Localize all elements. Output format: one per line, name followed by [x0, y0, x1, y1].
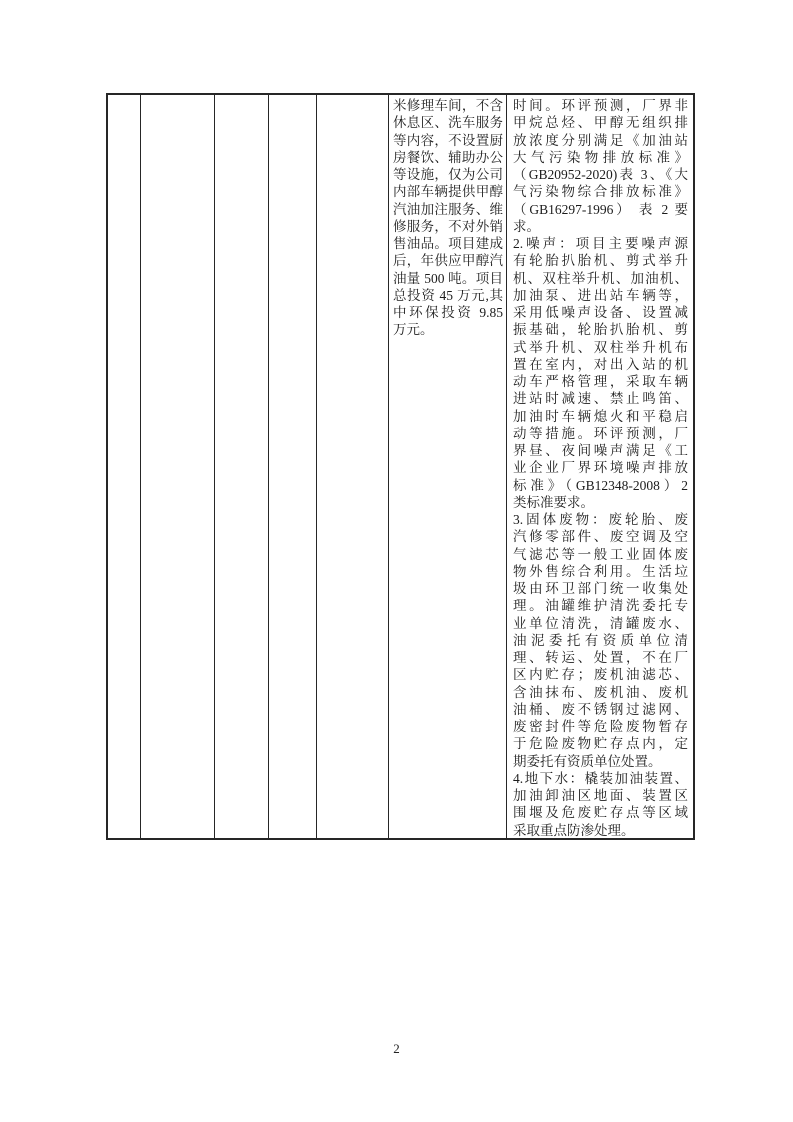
text-line: 米修理车间，不含 [393, 97, 503, 114]
text-line: 业企业厂界环境噪声排放 [513, 459, 688, 476]
text-line: 有轮胎扒胎机、剪式举升 [513, 252, 688, 269]
text-line: 气污染物综合排放标准》 [513, 183, 688, 200]
text-line: 修服务，不对外销 [393, 218, 503, 235]
text-line: 物外售综合利用。生活垃 [513, 563, 688, 580]
page-number: 2 [0, 1041, 793, 1057]
text-line: 加油时车辆熄火和平稳启 [513, 408, 688, 425]
empty-cell-3 [215, 95, 269, 838]
document-page: 米修理车间，不含休息区、洗车服务等内容，不设置厨房餐饮、辅助办公等设施，仅为公司… [0, 0, 793, 1122]
text-line: 内部车辆提供甲醇 [393, 183, 503, 200]
empty-cell-1 [108, 95, 141, 838]
text-line: 圾由环卫部门统一收集处 [513, 580, 688, 597]
text-line: 时间。环评预测，厂界非 [513, 97, 688, 114]
text-line: 房餐饮、辅助办公 [393, 149, 503, 166]
empty-cell-5 [317, 95, 389, 838]
text-line: 3.固体废物：废轮胎、废 [513, 511, 688, 528]
project-description-cell: 米修理车间，不含休息区、洗车服务等内容，不设置厨房餐饮、辅助办公等设施，仅为公司… [389, 95, 507, 838]
empty-cell-2 [141, 95, 215, 838]
text-line: 理。油罐维护清洗委托专 [513, 597, 688, 614]
text-line: 类标准要求。 [513, 494, 688, 511]
text-line: 含油抹布、废机油、废机 [513, 684, 688, 701]
text-line: 大气污染物排放标准》 [513, 149, 688, 166]
text-line: 置在室内，对出入站的机 [513, 356, 688, 373]
text-line: 振基础，轮胎扒胎机、剪 [513, 321, 688, 338]
text-line: 机、双柱举升机、加油机、 [513, 270, 688, 287]
text-line: 等设施，仅为公司 [393, 166, 503, 183]
text-line: 油泥委托有资质单位清 [513, 632, 688, 649]
text-line: （GB16297-1996） 表 2 要 [513, 201, 688, 218]
empty-cell-4 [269, 95, 317, 838]
text-line: 式举升机、双柱举升机布 [513, 339, 688, 356]
text-line: 中环保投资 9.85 [393, 304, 503, 321]
text-line: 4.地下水：橇装加油装置、 [513, 770, 688, 787]
text-line: 区内贮存；废机油滤芯、 [513, 666, 688, 683]
text-line: 采用低噪声设备、设置减 [513, 304, 688, 321]
environmental-measures-cell: 时间。环评预测，厂界非甲烷总烃、甲醇无组织排放浓度分别满足《加油站大气污染物排放… [507, 95, 693, 838]
text-line: 万元。 [393, 321, 503, 338]
text-line: 围堰及危废贮存点等区域 [513, 804, 688, 821]
text-line: （GB20952-2020)表 3、《大 [513, 166, 688, 183]
text-line: 售油品。项目建成 [393, 235, 503, 252]
text-line: 进站时减速、禁止鸣笛、 [513, 390, 688, 407]
text-line: 汽油加注服务、维 [393, 201, 503, 218]
text-line: 甲烷总烃、甲醇无组织排 [513, 114, 688, 131]
text-line: 油桶、废不锈钢过滤网、 [513, 701, 688, 718]
text-line: 总投资 45 万元,其 [393, 287, 503, 304]
text-line: 求。 [513, 218, 688, 235]
text-line: 废密封件等危险废物暂存 [513, 718, 688, 735]
text-line: 放浓度分别满足《加油站 [513, 132, 688, 149]
text-line: 等内容，不设置厨 [393, 132, 503, 149]
text-line: 加油卸油区地面、装置区 [513, 787, 688, 804]
text-line: 动等措施。环评预测，厂 [513, 425, 688, 442]
text-line: 理、转运、处置，不在厂 [513, 649, 688, 666]
text-line: 休息区、洗车服务 [393, 114, 503, 131]
text-line: 动车严格管理，采取车辆 [513, 373, 688, 390]
text-line: 后，年供应甲醇汽 [393, 252, 503, 269]
text-line: 标准》（GB12348-2008）2 [513, 477, 688, 494]
text-line: 采取重点防渗处理。 [513, 822, 688, 839]
text-line: 业单位清洗，清罐废水、 [513, 615, 688, 632]
text-line: 期委托有资质单位处置。 [513, 753, 688, 770]
text-line: 气滤芯等一般工业固体废 [513, 546, 688, 563]
assessment-table: 米修理车间，不含休息区、洗车服务等内容，不设置厨房餐饮、辅助办公等设施，仅为公司… [106, 93, 695, 840]
text-line: 界昼、夜间噪声满足《工 [513, 442, 688, 459]
text-line: 油量 500 吨。项目 [393, 270, 503, 287]
text-line: 于危险废物贮存点内，定 [513, 735, 688, 752]
text-line: 2.噪声：项目主要噪声源 [513, 235, 688, 252]
text-line: 汽修零部件、废空调及空 [513, 528, 688, 545]
text-line: 加油泵、进出站车辆等， [513, 287, 688, 304]
